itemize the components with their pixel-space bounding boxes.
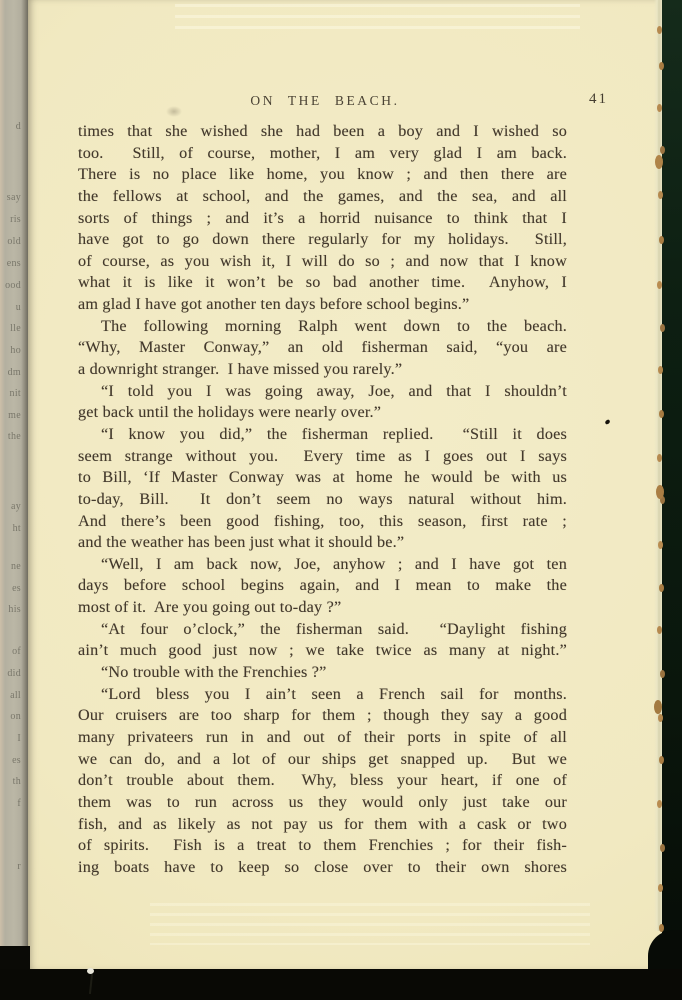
- text-line: “Why, Master Conway,” an old fisherman s…: [78, 337, 567, 359]
- scan-background-bottom: [0, 969, 682, 1000]
- text-line: too. Still, of course, mother, I am very…: [78, 143, 567, 165]
- text-line: them was to run across us they would onl…: [78, 792, 567, 814]
- ghost-text-fragment: f: [17, 799, 21, 809]
- deckle-edge-specks: [657, 26, 662, 34]
- scan-background-right: [662, 0, 682, 1000]
- text-line: And there’s been good fishing, too, this…: [78, 511, 567, 533]
- text-line: a downright stranger. I have missed you …: [78, 359, 567, 381]
- text-line: of spirits. Fish is a treat to them Fren…: [78, 835, 567, 857]
- page-stack-streaks-bottom: [150, 903, 590, 945]
- ghost-text-fragment: did: [7, 669, 21, 679]
- ghost-text-fragment: ne: [11, 562, 21, 572]
- text-line: “Lord bless you I ain’t seen a French sa…: [78, 684, 567, 706]
- ghost-text-fragment: old: [7, 237, 21, 247]
- book-page-scan: dsayrisoldensoodullehodmnitmetheayhtnees…: [0, 0, 682, 1000]
- ghost-text-fragment: his: [8, 605, 21, 615]
- ghost-text-fragment: lle: [10, 324, 21, 334]
- text-line: the fellows at school, and the games, an…: [78, 186, 567, 208]
- left-page-edge: dsayrisoldensoodullehodmnitmetheayhtnees…: [0, 0, 28, 952]
- ghost-text-fragment: say: [7, 193, 21, 203]
- text-line: we can do, and a lot of our ships get sn…: [78, 749, 567, 771]
- ghost-text-fragment: es: [12, 756, 21, 766]
- text-line: of course, as you wish it, I will do so …: [78, 251, 567, 273]
- deckle-edge-blob: [655, 155, 663, 169]
- ghost-text-fragment: on: [10, 712, 21, 722]
- ghost-text-fragment: ens: [7, 259, 21, 269]
- text-line: get back until the holidays were nearly …: [78, 402, 567, 424]
- page-stack-streaks-top: [175, 4, 580, 34]
- text-line: The following morning Ralph went down to…: [78, 316, 567, 338]
- text-line: ain’t much good just now ; we take twice…: [78, 640, 567, 662]
- text-line: seem strange without you. Every time as …: [78, 446, 567, 468]
- ghost-text-fragment: nit: [10, 389, 21, 399]
- ghost-text-fragment: es: [12, 584, 21, 594]
- ghost-text-fragment: ood: [5, 281, 21, 291]
- text-line: There is no place like home, you know ; …: [78, 164, 567, 186]
- ghost-text-fragment: ay: [11, 502, 21, 512]
- text-line: what it is like it won’t be so bad anoth…: [78, 272, 567, 294]
- text-line: don’t trouble about them. Why, bless you…: [78, 770, 567, 792]
- ghost-text-fragment: r: [17, 862, 21, 872]
- ghost-text-fragment: me: [8, 411, 21, 421]
- text-line: times that she wished she had been a boy…: [78, 121, 567, 143]
- text-line: sorts of things ; and it’s a horrid nuis…: [78, 208, 567, 230]
- page-text: times that she wished she had been a boy…: [78, 121, 567, 878]
- text-line: many privateers run in and out of their …: [78, 727, 567, 749]
- text-line: “No trouble with the Frenchies ?”: [78, 662, 567, 684]
- ghost-text-fragment: dm: [8, 368, 21, 378]
- text-line: am glad I have got another ten days befo…: [78, 294, 567, 316]
- ghost-text-fragment: ho: [10, 346, 21, 356]
- text-line: fish, and as likely as not pay us for th…: [78, 814, 567, 836]
- text-line: “At four o’clock,” the fisherman said. “…: [78, 619, 567, 641]
- ghost-text-fragment: ris: [10, 215, 21, 225]
- running-header: ON THE BEACH.: [0, 93, 650, 109]
- page-number: 41: [589, 91, 608, 108]
- text-line: ing boats have to keep so close over to …: [78, 857, 567, 879]
- ghost-text-fragment: I: [17, 734, 21, 744]
- text-line: Our cruisers are too sharp for them ; th…: [78, 705, 567, 727]
- ghost-text-fragment: all: [10, 691, 21, 701]
- ghost-text-fragment: ht: [13, 524, 21, 534]
- ghost-text-fragment: u: [16, 303, 21, 313]
- text-line: “I know you did,” the fisherman replied.…: [78, 424, 567, 446]
- text-line: to Bill, ‘If Master Conway was at home h…: [78, 467, 567, 489]
- text-line: and the weather has been just what it sh…: [78, 532, 567, 554]
- text-line: “I told you I was going away, Joe, and t…: [78, 381, 567, 403]
- text-line: days before school begins again, and I m…: [78, 575, 567, 597]
- text-line: to-day, Bill. It don’t seem no ways natu…: [78, 489, 567, 511]
- ghost-text-fragment: th: [13, 777, 21, 787]
- ghost-text-fragment: the: [8, 432, 21, 442]
- text-line: “Well, I am back now, Joe, anyhow ; and …: [78, 554, 567, 576]
- ghost-text-fragment: d: [16, 122, 21, 132]
- ghost-text-fragment: of: [12, 647, 21, 657]
- text-line: most of it. Are you going out to-day ?”: [78, 597, 567, 619]
- text-line: have got to go down there regularly for …: [78, 229, 567, 251]
